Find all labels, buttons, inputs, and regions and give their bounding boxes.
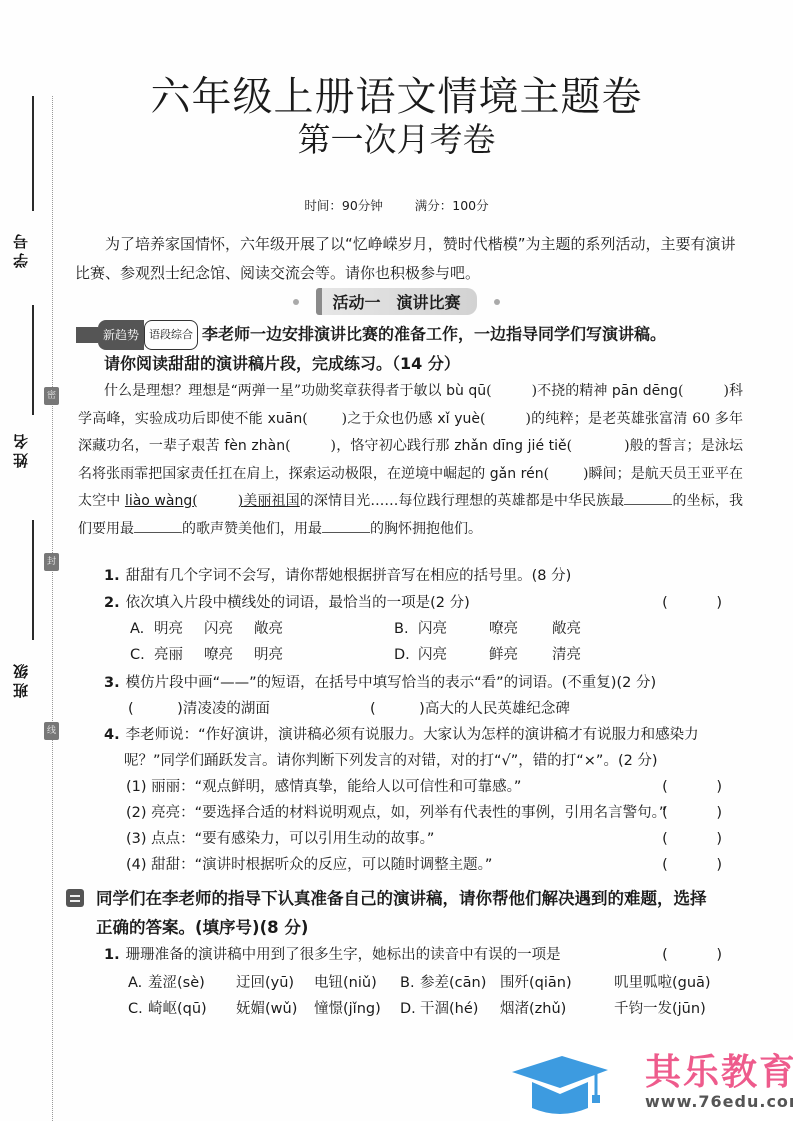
passage-text: ，恪守初心践行那 — [336, 438, 454, 454]
option-item: 迂回(yū) — [236, 970, 294, 996]
activity-name: 演讲比赛 — [397, 293, 461, 312]
option-item: 憧憬(jǐng) — [314, 996, 381, 1022]
option-word: 闪亮 — [418, 642, 447, 668]
pinyin: bù qū — [446, 383, 486, 399]
pinyin: gǎn rén — [490, 466, 544, 482]
section-1-header: 新趋势语段综合李老师一边安排演讲比赛的准备工作，一边指导同学们写演讲稿。 请你阅… — [76, 320, 756, 378]
option-item: 崎岖(qū) — [148, 996, 207, 1022]
option-row: A. 明亮 闪亮 敞亮 B. 闪亮 嘹亮 敞亮 — [104, 616, 744, 642]
option-word: 敞亮 — [254, 616, 283, 642]
judge-item-1: (1) 丽丽：“观点鲜明，感情真挚，能给人以可信性和可靠感。”( ) — [104, 774, 744, 800]
answer-paren[interactable]: ( ) — [662, 942, 744, 968]
passage-text: 的深情目光……每位践行理想的英雄都是中华民族最 — [300, 493, 625, 509]
passage-text: 的胸怀拥抱他们。 — [370, 521, 482, 537]
option-item: 羞涩(sè) — [148, 970, 205, 996]
option-c-label[interactable]: C. — [130, 642, 145, 668]
item-label: (2) — [126, 805, 147, 821]
fill-blank[interactable] — [134, 532, 182, 533]
option-d-label[interactable]: D. — [400, 996, 416, 1022]
option-word: 清亮 — [552, 642, 581, 668]
item-text: 丽丽：“观点鲜明，感情真挚，能给人以可信性和可靠感。” — [151, 779, 521, 795]
new-trend-tag: 新趋势 — [98, 320, 144, 350]
brand-name: 其乐教育 — [645, 1044, 793, 1095]
option-word: 鲜亮 — [489, 642, 518, 668]
graduation-cap-icon — [510, 1050, 610, 1120]
item-text: 甜甜：“演讲时根据听众的反应，可以随时调整主题。” — [151, 857, 492, 873]
option-item: 电钮(niǔ) — [314, 970, 377, 996]
seal-mark-xian: 线 — [44, 722, 59, 740]
binding-line-name — [32, 520, 34, 640]
question-text: 模仿片段中画“——”的短语，在括号中填写恰当的表示“看”的词语。(不重复)(2 … — [126, 675, 657, 691]
option-row: C. 崎岖(qū) 妩媚(wǔ) 憧憬(jǐng) D. 干涸(hé) 烟渚(z… — [104, 996, 744, 1022]
section-1-bar-icon — [76, 327, 98, 343]
option-word: 闪亮 — [204, 616, 233, 642]
underlined-phrase: liào wàng()美丽祖国 — [125, 493, 300, 509]
option-word: 亮丽 — [154, 642, 183, 668]
dot-icon — [494, 299, 500, 305]
section-2-number-icon — [66, 889, 84, 907]
item-label: (3) — [126, 831, 147, 847]
answer-paren[interactable]: ( ) — [662, 826, 744, 852]
question-text: 依次填入片段中横线处的词语，最恰当的一项是(2 分) — [126, 595, 470, 611]
fill-blank[interactable] — [322, 532, 370, 533]
option-item: 妩媚(wǔ) — [236, 996, 297, 1022]
option-a-label[interactable]: A. — [130, 616, 144, 642]
class-label: 班级 — [10, 660, 31, 698]
question-text: 珊珊准备的演讲稿中用到了很多生字，她标出的读音中有误的一项是 — [126, 947, 561, 963]
blank-row: ( )清凌凌的湖面 ( )高大的人民英雄纪念碑 — [104, 696, 744, 722]
seal-mark-feng: 封 — [44, 553, 59, 571]
section-2-header: 同学们在李老师的指导下认真准备自己的演讲稿，请你帮他们解决遇到的难题，选择 正确… — [66, 884, 746, 942]
answer-paren[interactable]: ( ) — [662, 800, 744, 826]
option-b-label[interactable]: B. — [400, 970, 415, 996]
pinyin: fèn zhàn — [224, 438, 285, 454]
dot-icon — [293, 299, 299, 305]
question-1: 1.甜甜有几个字词不会写，请你帮她根据拼音写在相应的括号里。(8 分) — [104, 563, 744, 589]
option-item: 围歼(qiān) — [500, 970, 572, 996]
option-item: 叽里呱啦(guā) — [614, 970, 711, 996]
activity-header: 活动一演讲比赛 — [0, 288, 793, 315]
activity-number: 活动一 — [332, 293, 380, 312]
judge-item-2: (2) 亮亮：“要选择合适的材料说明观点，如，列举有代表性的事例，引用名言警句。… — [104, 800, 744, 826]
option-word: 明亮 — [254, 642, 283, 668]
passage-text: 美丽祖国 — [243, 493, 300, 509]
question-number: 2. — [104, 595, 120, 611]
intro-paragraph: 为了培养家国情怀，六年级开展了以“忆峥嵘岁月，赞时代楷模”为主题的系列活动，主要… — [75, 230, 745, 288]
brand-url: www.76edu.com — [645, 1092, 793, 1111]
answer-paren[interactable]: ( ) — [662, 590, 744, 616]
pinyin: xǐ yuè — [437, 411, 480, 427]
option-row: C. 亮丽 嘹亮 明亮 D. 闪亮 鲜亮 清亮 — [104, 642, 744, 668]
option-word: 明亮 — [154, 616, 183, 642]
option-word: 嘹亮 — [489, 616, 518, 642]
exam-time: 时间：90分钟 — [304, 198, 382, 213]
question-3: 3.模仿片段中画“——”的短语，在括号中填写恰当的表示“看”的词语。(不重复)(… — [104, 670, 744, 722]
section-2-title-line2: 正确的答案。(填序号)(8 分) — [66, 913, 746, 942]
passage-text: 什么是理想？理想是“两弹一星”功勋奖章获得者于敏以 — [104, 383, 446, 399]
passage-text: 之于众也仍感 — [347, 411, 437, 427]
question-number: 1. — [104, 568, 120, 584]
section-2-title-line1: 同学们在李老师的指导下认真准备自己的演讲稿，请你帮他们解决遇到的难题，选择 — [96, 889, 707, 908]
fill-blank[interactable] — [624, 504, 672, 505]
name-label: 姓名 — [10, 430, 31, 468]
option-word: 闪亮 — [418, 616, 447, 642]
question-number: 1. — [104, 947, 120, 963]
speech-passage: 什么是理想？理想是“两弹一星”功勋奖章获得者于敏以 bù qū()不挠的精神 p… — [78, 378, 743, 543]
question-number: 4. — [104, 727, 120, 743]
judge-item-4: (4) 甜甜：“演讲时根据听众的反应，可以随时调整主题。”( ) — [104, 852, 744, 878]
fill-blank-phrase[interactable]: ( )高大的人民英雄纪念碑 — [370, 696, 570, 722]
watermark-logo: 其乐教育 www.76edu.com — [510, 1040, 793, 1121]
section-1-title-line2: 请你阅读甜甜的演讲稿片段，完成练习。（14 分） — [76, 350, 756, 378]
fill-blank-phrase[interactable]: ( )清凌凌的湖面 — [128, 696, 270, 722]
option-item: 干涸(hé) — [420, 996, 478, 1022]
option-word: 敞亮 — [552, 616, 581, 642]
option-c-label[interactable]: C. — [128, 996, 143, 1022]
pinyin: liào wàng — [125, 493, 192, 509]
activity-badge: 活动一演讲比赛 — [316, 288, 476, 315]
option-b-label[interactable]: B. — [394, 616, 409, 642]
seal-dotted-line — [52, 96, 53, 1121]
question-number: 3. — [104, 675, 120, 691]
binding-line-id — [32, 305, 34, 415]
student-id-label: 学号 — [10, 230, 31, 268]
option-d-label[interactable]: D. — [394, 642, 410, 668]
option-a-label[interactable]: A. — [128, 970, 142, 996]
option-row: A. 羞涩(sè) 迂回(yū) 电钮(niǔ) B. 参差(cān) 围歼(q… — [104, 970, 744, 996]
question-type-tag: 语段综合 — [144, 320, 198, 350]
item-label: (4) — [126, 857, 147, 873]
exam-full-score: 满分：100分 — [415, 198, 489, 213]
pinyin: xuān — [268, 411, 303, 427]
item-label: (1) — [126, 779, 147, 795]
question-text: 李老师说：“作好演讲，演讲稿必须有说服力。大家认为怎样的演讲稿才有说服力和感染力… — [124, 727, 699, 769]
answer-paren[interactable]: ( ) — [662, 852, 744, 878]
judge-item-3: (3) 点点：“要有感染力，可以引用生动的故事。”( ) — [104, 826, 744, 852]
question-4: 4.李老师说：“作好演讲，演讲稿必须有说服力。大家认为怎样的演讲稿才有说服力和感… — [104, 722, 744, 878]
option-item: 烟渚(zhǔ) — [500, 996, 566, 1022]
answer-paren[interactable]: ( ) — [662, 774, 744, 800]
option-item: 参差(cān) — [420, 970, 486, 996]
pinyin: zhǎn dīng jié tiě — [454, 438, 566, 454]
passage-text: 的歌声赞美他们，用最 — [182, 521, 322, 537]
option-word: 嘹亮 — [204, 642, 233, 668]
question-2: 2.依次填入片段中横线处的词语，最恰当的一项是(2 分) ( ) A. 明亮 闪… — [104, 590, 744, 668]
option-item: 千钧一发(jūn) — [614, 996, 706, 1022]
seal-mark-mi: 密 — [44, 387, 59, 405]
question-text: 甜甜有几个字词不会写，请你帮她根据拼音写在相应的括号里。(8 分) — [126, 568, 572, 584]
passage-text: 不挠的精神 — [537, 383, 612, 399]
exam-subtitle: 第一次月考卷 — [0, 114, 793, 161]
item-text: 亮亮：“要选择合适的材料说明观点，如，列举有代表性的事例，引用名言警句。” — [151, 805, 666, 821]
section-1-title-line1: 李老师一边安排演讲比赛的准备工作，一边指导同学们写演讲稿。 — [202, 325, 666, 344]
section-2-question-1: 1.珊珊准备的演讲稿中用到了很多生字，她标出的读音中有误的一项是( ) A. 羞… — [104, 942, 744, 1022]
pinyin: pān dēng — [612, 383, 678, 399]
exam-meta: 时间：90分钟 满分：100分 — [0, 196, 793, 214]
item-text: 点点：“要有感染力，可以引用生动的故事。” — [151, 831, 434, 847]
